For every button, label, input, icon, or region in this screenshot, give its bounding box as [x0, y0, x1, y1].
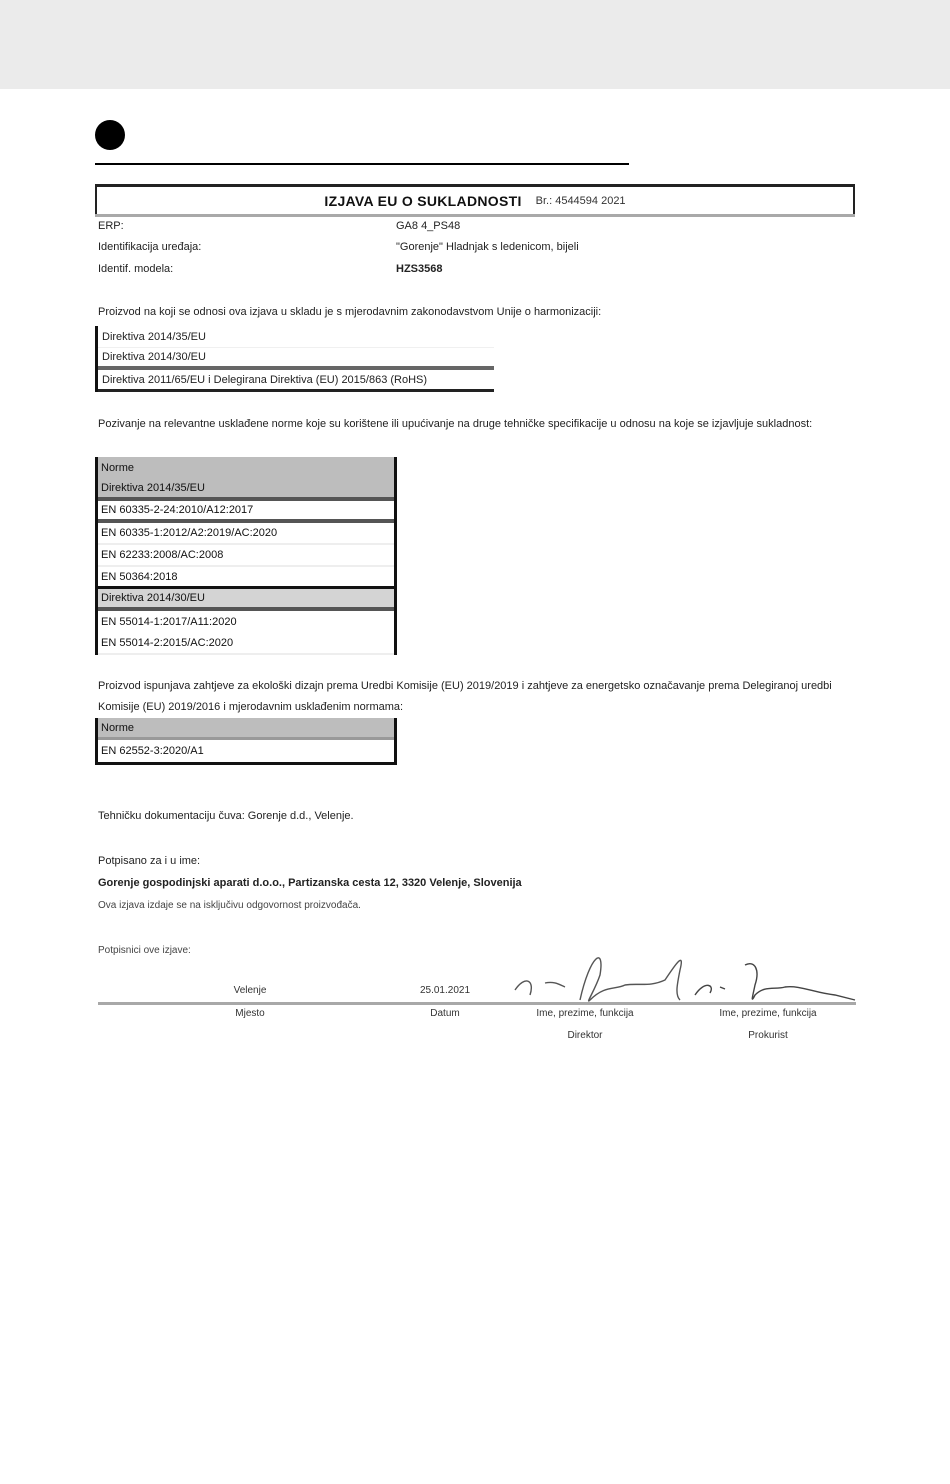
directive-item: Direktiva 2014/30/EU: [98, 348, 494, 370]
standards-table: Norme Direktiva 2014/35/EU EN 60335-2-24…: [95, 457, 397, 655]
erp-row: ERP: GA8 4_PS48: [98, 216, 858, 236]
company-logo-icon: [95, 120, 125, 150]
model-id-row: Identif. modela: HZS3568: [98, 259, 858, 279]
ecodesign-intro: Proizvod ispunjava zahtjeve za ekološki …: [98, 676, 853, 718]
standard-item: EN 62233:2008/AC:2008: [98, 545, 394, 567]
standard-item: EN 55014-2:2015/AC:2020: [98, 633, 394, 655]
viewer-toolbar-area: [0, 0, 950, 89]
signature-image: [505, 945, 865, 1010]
standards-group-title: Direktiva 2014/35/EU: [98, 479, 394, 501]
signer2-role: Prokurist: [688, 1030, 848, 1041]
ecodesign-table-header: Norme: [98, 718, 394, 740]
signature-line: [98, 1002, 856, 1005]
place-value: Velenje: [190, 985, 310, 996]
erp-value: GA8 4_PS48: [396, 220, 460, 232]
device-id-row: Identifikacija uređaja: "Gorenje" Hladnj…: [98, 237, 858, 257]
issued-for-label: Potpisano za i u ime:: [98, 851, 853, 872]
standards-table-header: Norme: [98, 457, 394, 479]
standards-group-title: Direktiva 2014/30/EU: [98, 589, 394, 611]
ecodesign-table: Norme EN 62552-3:2020/A1: [95, 718, 397, 765]
company-address: Gorenje gospodinjski aparati d.o.o., Par…: [98, 873, 853, 894]
technical-documentation-note: Tehničku dokumentaciju čuva: Gorenje d.d…: [98, 806, 853, 827]
directive-item: Direktiva 2011/65/EU i Delegirana Direkt…: [98, 370, 494, 392]
date-caption: Datum: [385, 1008, 505, 1019]
declaration-title-box: IZJAVA EU O SUKLADNOSTI Br.: 4544594 202…: [95, 184, 855, 216]
model-id-value: HZS3568: [396, 263, 442, 275]
signer1-role: Direktor: [510, 1030, 660, 1041]
liability-statement: Ova izjava izdaje se na isključivu odgov…: [98, 895, 853, 916]
signer1-name: Ime, prezime, funkcija: [510, 1008, 660, 1019]
directive-item: Direktiva 2014/35/EU: [98, 326, 494, 348]
declaration-title: IZJAVA EU O SUKLADNOSTI: [324, 193, 521, 209]
erp-label: ERP:: [98, 220, 396, 232]
signer2-name: Ime, prezime, funkcija: [688, 1008, 848, 1019]
standards-intro: Pozivanje na relevantne usklađene norme …: [98, 414, 853, 435]
standard-item: EN 60335-2-24:2010/A12:2017: [98, 501, 394, 523]
model-id-label: Identif. modela:: [98, 263, 396, 275]
place-caption: Mjesto: [190, 1008, 310, 1019]
standard-item: EN 55014-1:2017/A11:2020: [98, 611, 394, 633]
ecodesign-standard-item: EN 62552-3:2020/A1: [98, 740, 394, 762]
standard-item: EN 50364:2018: [98, 567, 394, 589]
harmonization-intro: Proizvod na koji se odnosi ova izjava u …: [98, 302, 853, 323]
directives-box: Direktiva 2014/35/EU Direktiva 2014/30/E…: [95, 326, 494, 392]
date-value: 25.01.2021: [385, 985, 505, 996]
device-id-value: "Gorenje" Hladnjak s ledenicom, bijeli: [396, 241, 579, 253]
header-divider: [95, 163, 629, 165]
declaration-number: Br.: 4544594 2021: [536, 195, 626, 207]
standard-item: EN 60335-1:2012/A2:2019/AC:2020: [98, 523, 394, 545]
device-id-label: Identifikacija uređaja:: [98, 241, 396, 253]
